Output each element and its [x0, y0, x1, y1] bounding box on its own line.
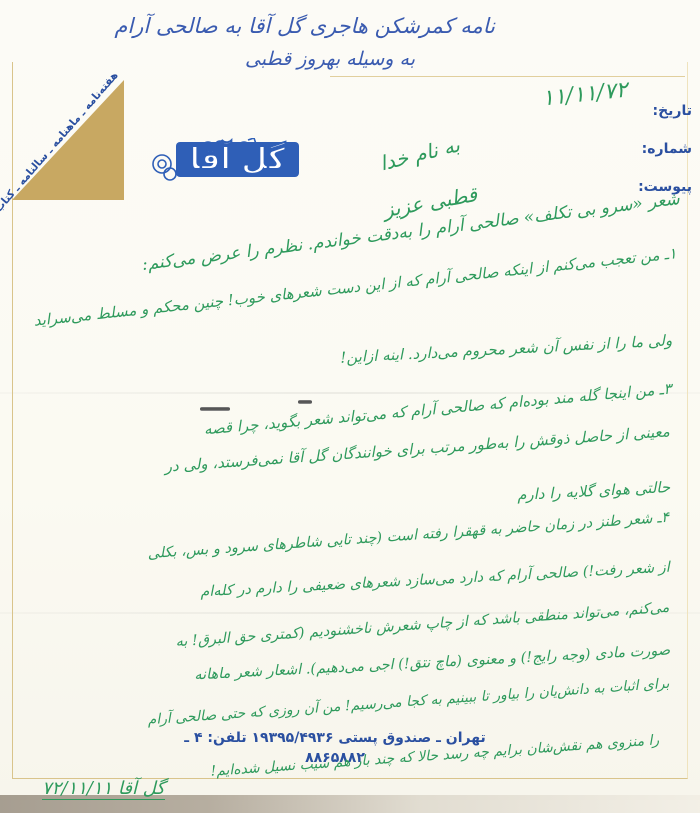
staple — [200, 407, 230, 411]
header-note-line1: نامه کمرشکن هاجری گل آقا به صالحی آرام — [114, 14, 495, 38]
header-note-line2: به وسیله بهروز قطبی — [245, 48, 415, 70]
gol-agha-logo: گل آقا — [148, 138, 298, 182]
number-label: شماره: — [642, 141, 692, 157]
staple — [298, 400, 312, 404]
closing-date: گل آقا ۷۲/۱۱/۱۱ — [42, 778, 165, 800]
closing-date-value: ۷۲/۱۱/۱۱ — [42, 778, 112, 799]
logo-wordmark: گل آقا — [176, 142, 299, 177]
closing-initials: گل آقا — [118, 778, 165, 799]
letterhead-top-rule — [330, 76, 685, 77]
date-label: تاریخ: — [652, 103, 692, 119]
